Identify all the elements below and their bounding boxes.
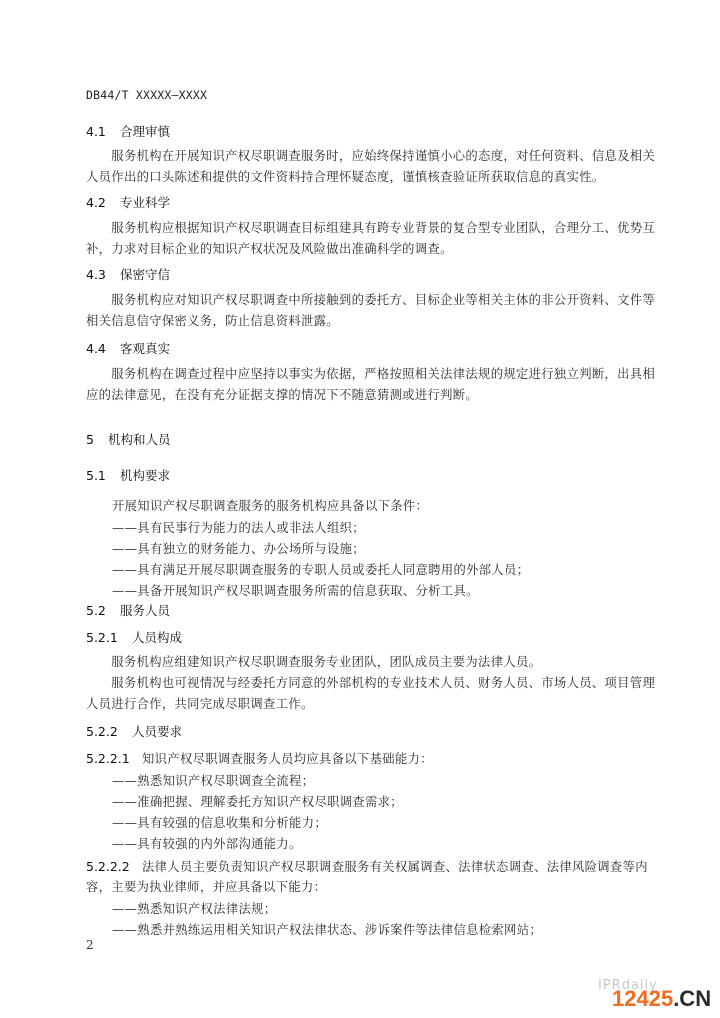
section-number: 4.4	[86, 341, 120, 356]
standard-code-header: DB44/T XXXXX—XXXX	[86, 88, 207, 102]
list-item: ——具有较强的信息收集和分析能力；	[112, 813, 327, 831]
section-title: 机构要求	[120, 468, 170, 483]
list-item: ——具有较强的内外部沟通能力。	[112, 834, 302, 852]
chapter-heading-5: 5机构和人员	[86, 430, 171, 448]
chapter-number: 5	[86, 432, 108, 447]
list-item: ——具备开展知识产权尽职调查服务所需的信息获取、分析工具。	[112, 581, 479, 599]
clause-text: 知识产权尽职调查服务人员均应具备以下基础能力：	[142, 752, 433, 766]
clause-5-2-2-1: 5.2.2.1知识产权尽职调查服务人员均应具备以下基础能力：	[86, 748, 433, 767]
paragraph-4-1-line-2: 人员作出的口头陈述和提供的文件资料持合理怀疑态度，谨慎核查验证所获取信息的真实性…	[86, 167, 605, 188]
watermark: IPRdaily 12425.CN	[594, 978, 714, 1012]
clause-text: 法律人员主要负责知识产权尽职调查服务有关权属调查、法律状态调查、法律风险调查等内	[142, 860, 648, 874]
paragraph-4-1-line-1: 服务机构在开展知识产权尽职调查服务时，应始终保持谨慎小心的态度，对任何资料、信息…	[86, 146, 655, 167]
section-heading-5-2-1: 5.2.1人员构成	[86, 628, 182, 646]
clause-text-continued: 容，主要为执业律师，并应具备以下能力：	[86, 877, 326, 895]
section-heading-5-2-2: 5.2.2人员要求	[86, 722, 182, 740]
paragraph-4-4-line-1: 服务机构在调查过程中应坚持以事实为依据，严格按照相关法律法规的规定进行独立判断，…	[86, 364, 655, 385]
clause-5-2-2-2: 5.2.2.2法律人员主要负责知识产权尽职调查服务有关权属调查、法律状态调查、法…	[86, 856, 648, 875]
page-number: 2	[86, 938, 94, 952]
section-number: 5.2.2	[86, 724, 132, 739]
list-item: ——熟悉知识产权法律法规；	[112, 899, 276, 917]
section-heading-4-3: 4.3保密守信	[86, 265, 170, 283]
watermark-brand-logo: 12425.CN	[612, 986, 711, 1012]
list-item: ——熟悉知识产权尽职调查全流程；	[112, 771, 314, 789]
section-title: 服务人员	[120, 603, 170, 618]
paragraph-4-3-line-1: 服务机构应对知识产权尽职调查中所接触到的委托方、目标企业等相关主体的非公开资料、…	[86, 290, 655, 311]
section-title: 保密守信	[120, 267, 170, 282]
section-title: 人员构成	[132, 630, 182, 645]
watermark-brand-number: 12425	[612, 986, 673, 1011]
paragraph-5-2-1-line-2: 服务机构也可视情况与经委托方同意的外部机构的专业技术人员、财务人员、市场人员、项…	[86, 673, 655, 694]
section-heading-4-1: 4.1合理审慎	[86, 122, 170, 140]
list-item: ——具有满足开展尽职调查服务的专职人员或委托人同意聘用的外部人员；	[112, 560, 529, 578]
section-number: 4.3	[86, 267, 120, 282]
paragraph-4-4-line-2: 应的法律意见，在没有充分证据支撑的情况下不随意猜测或进行判断。	[86, 385, 478, 406]
section-title: 合理审慎	[120, 124, 170, 139]
clause-number: 5.2.2.2	[86, 859, 142, 874]
paragraph-5-2-1-line-1: 服务机构应组建知识产权尽职调查服务专业团队，团队成员主要为法律人员。	[86, 652, 541, 673]
paragraph-4-3-line-2: 相关信息信守保密义务，防止信息资料泄露。	[86, 311, 339, 332]
list-item: ——熟悉并熟练运用相关知识产权法律状态、涉诉案件等法律信息检索网站；	[112, 920, 542, 938]
paragraph-5-1-intro: 开展知识产权尽职调查服务的服务机构应具备以下条件：	[112, 496, 428, 514]
watermark-brand-suffix: .CN	[673, 986, 711, 1011]
clause-number: 5.2.2.1	[86, 751, 142, 766]
section-number: 5.1	[86, 468, 120, 483]
section-heading-5-2: 5.2服务人员	[86, 601, 170, 619]
section-title: 专业科学	[120, 195, 170, 210]
list-item: ——具有独立的财务能力、办公场所与设施；	[112, 539, 365, 557]
section-heading-4-4: 4.4客观真实	[86, 339, 170, 357]
section-heading-5-1: 5.1机构要求	[86, 466, 170, 484]
paragraph-4-2-line-1: 服务机构应根据知识产权尽职调查目标组建具有跨专业背景的复合型专业团队，合理分工、…	[86, 218, 655, 239]
section-number: 4.1	[86, 124, 120, 139]
section-number: 4.2	[86, 195, 120, 210]
paragraph-4-2-line-2: 补，力求对目标企业的知识产权状况及风险做出准确科学的调查。	[86, 239, 453, 260]
section-title: 人员要求	[132, 724, 182, 739]
list-item: ——准确把握、理解委托方知识产权尽职调查需求；	[112, 792, 403, 810]
section-heading-4-2: 4.2专业科学	[86, 193, 170, 211]
document-page: DB44/T XXXXX—XXXX 4.1合理审慎 服务机构在开展知识产权尽职调…	[0, 0, 720, 1018]
list-item: ——具有民事行为能力的法人或非法人组织；	[112, 518, 365, 536]
paragraph-5-2-1-line-3: 人员进行合作，共同完成尽职调查工作。	[86, 694, 314, 715]
section-title: 客观真实	[120, 341, 170, 356]
chapter-title: 机构和人员	[108, 432, 171, 447]
section-number: 5.2	[86, 603, 120, 618]
section-number: 5.2.1	[86, 630, 132, 645]
